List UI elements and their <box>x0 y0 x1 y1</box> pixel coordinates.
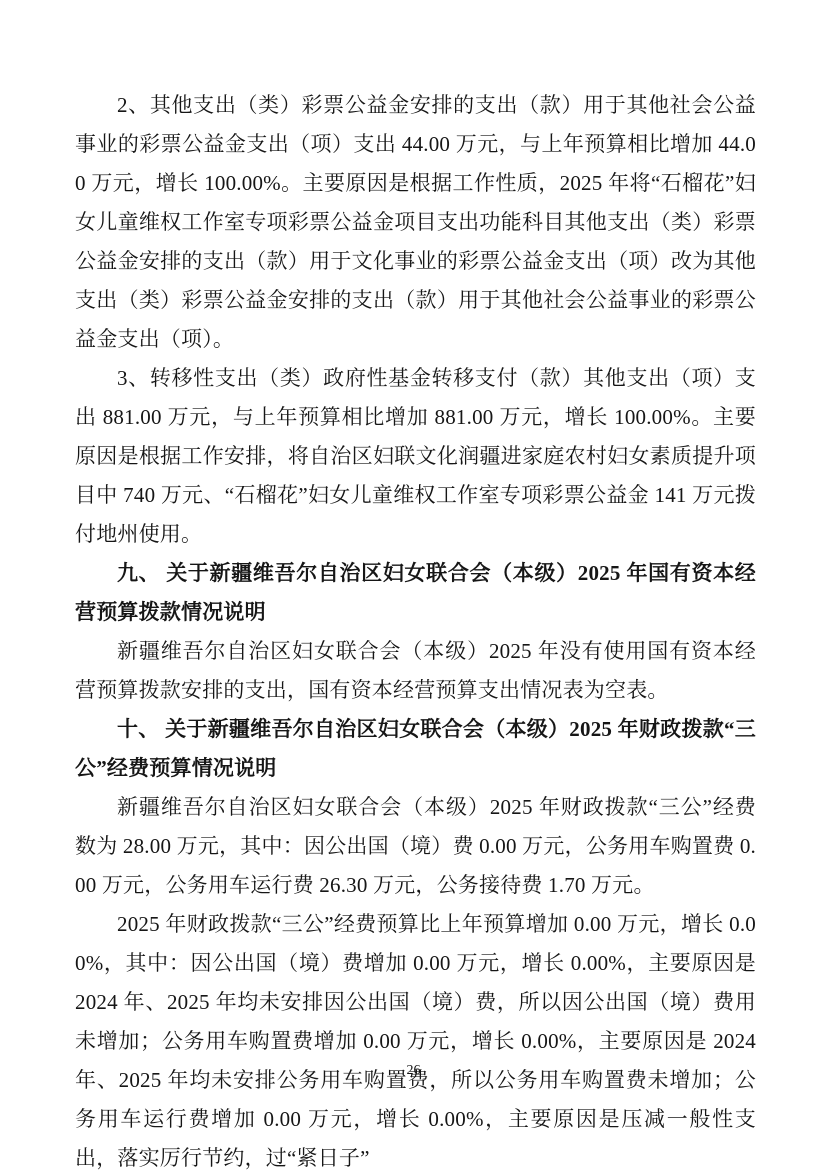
paragraph-state-capital-budget-empty: 新疆维吾尔自治区妇女联合会（本级）2025 年没有使用国有资本经营预算拨款安排的… <box>75 632 756 710</box>
section-heading-nine-state-capital-budget: 九、 关于新疆维吾尔自治区妇女联合会（本级）2025 年国有资本经营预算拨款情况… <box>75 554 756 632</box>
section-heading-ten-three-public-funds: 十、 关于新疆维吾尔自治区妇女联合会（本级）2025 年财政拨款“三公”经费预算… <box>75 710 756 788</box>
paragraph-three-public-funds-comparison: 2025 年财政拨款“三公”经费预算比上年预算增加 0.00 万元，增长 0.0… <box>75 905 756 1170</box>
paragraph-transfer-expenditure: 3、转移性支出（类）政府性基金转移支付（款）其他支出（项）支出 881.00 万… <box>75 359 756 554</box>
document-page: 2、其他支出（类）彩票公益金安排的支出（款）用于其他社会公益事业的彩票公益金支出… <box>0 0 827 1170</box>
paragraph-lottery-public-welfare-expenditure: 2、其他支出（类）彩票公益金安排的支出（款）用于其他社会公益事业的彩票公益金支出… <box>75 86 756 359</box>
paragraph-three-public-funds-amounts: 新疆维吾尔自治区妇女联合会（本级）2025 年财政拨款“三公”经费数为 28.0… <box>75 788 756 905</box>
page-number: 26 <box>0 1062 827 1080</box>
document-body: 2、其他支出（类）彩票公益金安排的支出（款）用于其他社会公益事业的彩票公益金支出… <box>75 86 756 1170</box>
